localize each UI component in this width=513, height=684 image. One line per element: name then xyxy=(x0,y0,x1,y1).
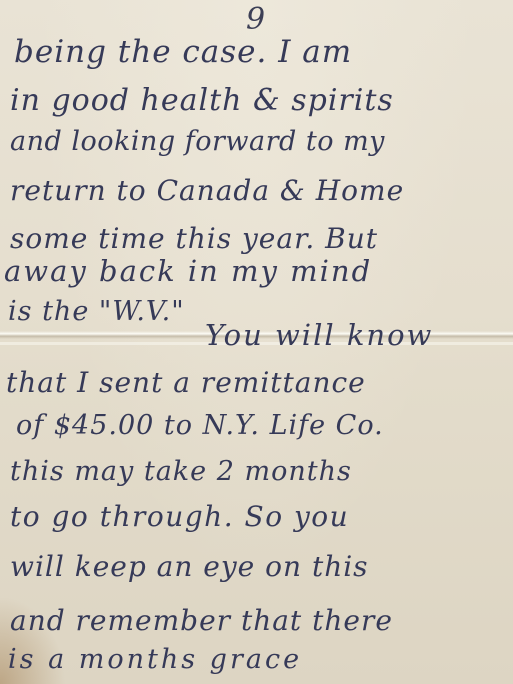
letter-line-11: this may take 2 months xyxy=(10,456,352,487)
letter-line-5: some time this year. But xyxy=(10,222,378,255)
letter-line-4: return to Canada & Home xyxy=(10,174,404,207)
letter-line-14: and remember that there xyxy=(10,604,393,637)
letter-line-8: You will know xyxy=(205,318,433,352)
letter-line-6: away back in my mind xyxy=(4,254,372,288)
letter-line-9: that I sent a remittance xyxy=(6,366,366,399)
letter-line-2: in good health & spirits xyxy=(10,83,394,118)
letter-line-12: to go through. So you xyxy=(10,500,349,533)
letter-line-10: of $45.00 to N.Y. Life Co. xyxy=(16,410,384,441)
page-number: 9 xyxy=(246,2,265,37)
letter-line-15: is a months grace xyxy=(8,644,302,675)
letter-line-13: will keep an eye on this xyxy=(10,550,369,583)
letter-line-3: and looking forward to my xyxy=(10,126,385,157)
letter-line-7: is the "W.V." xyxy=(8,296,185,327)
letter-line-1: being the case. I am xyxy=(14,34,352,70)
letter-page: 9 being the case. I am in good health & … xyxy=(0,0,513,684)
